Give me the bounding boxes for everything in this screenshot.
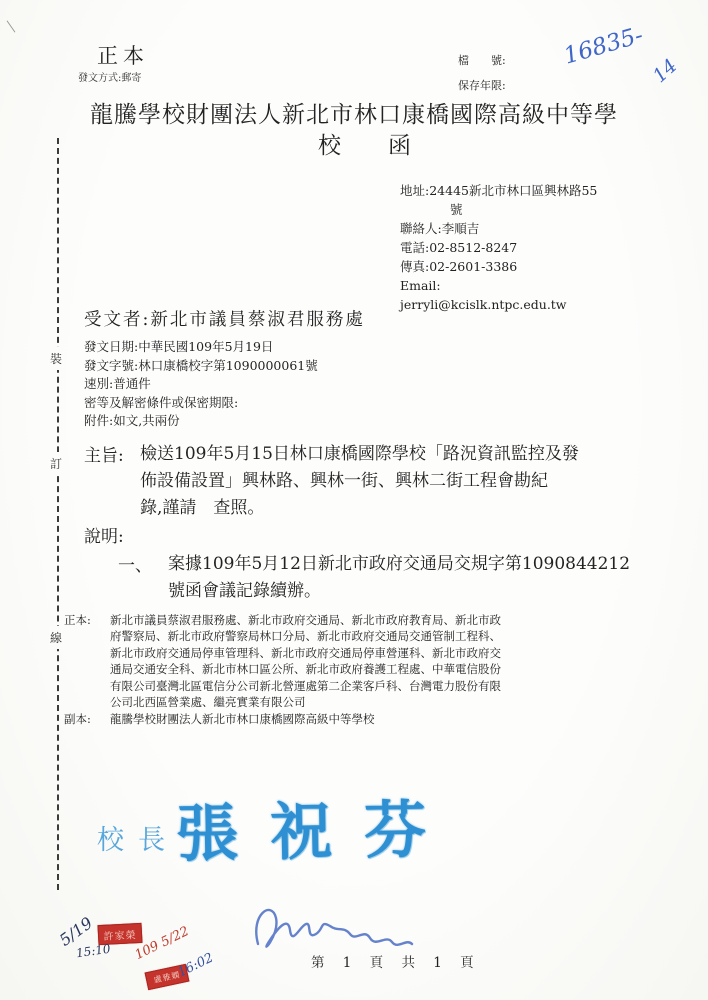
binding-mark-zhuang: 裝 [49, 347, 63, 370]
subject-label: 主旨: [84, 441, 124, 466]
subject-line3: 錄,謹請 查照。 [140, 495, 579, 522]
carbon-copy-label: 副本: [64, 711, 91, 727]
sender-fax: 傳真:02-2601-3386 [400, 257, 597, 276]
explanation-item-text: 案據109年5月12日新北市政府交通局交規字第1090844212 號函會議記錄… [168, 551, 630, 605]
explanation-item-number: 一、 [118, 551, 152, 576]
carbon-copy-text: 龍騰學校財團法人新北市林口康橋國際高級中等學校 [110, 711, 375, 727]
principal-name-stamp: 張祝芬 [175, 780, 459, 874]
document-title-line1: 龍騰學校財團法人新北市林口康橋國際高級中等學 [0, 96, 708, 129]
delivery-method-label: 發文方式:郵寄 [78, 69, 141, 84]
issue-number: 發文字號:林口康橋校字第1090000061號 [84, 357, 318, 376]
binding-dashed-line [57, 138, 59, 890]
sender-address-line2: 號 [400, 200, 597, 219]
page-number-indicator: 第 1 頁 共 1 頁 [311, 951, 481, 971]
sender-phone: 電話:02-8512-8247 [400, 238, 597, 257]
retention-period-label: 保存年限: [458, 77, 506, 93]
explanation-label: 說明: [84, 522, 124, 547]
file-number-label: 檔 號: [458, 52, 506, 68]
copy-type-label: 正本 [97, 40, 149, 70]
sender-contact-person: 聯絡人:李順吉 [400, 219, 597, 238]
document-meta-block: 發文日期:中華民國109年5月19日 發文字號:林口康橋校字第109000006… [84, 338, 318, 431]
attachment-note: 附件:如文,共兩份 [84, 412, 318, 431]
original-copy-line: 新北市議員蔡淑君服務處、新北市政府交通局、新北市政府教育局、新北市政 [110, 612, 501, 628]
handwritten-file-number: 16835- [561, 22, 646, 69]
subject-text: 檢送109年5月15日林口康橋國際學校「路況資訊監控及發 佈設備設置」興林路、興… [140, 441, 579, 522]
sender-email: jerryli@kcislk.ntpc.edu.tw [400, 295, 597, 314]
subject-line2: 佈設備設置」興林路、興林一街、興林二街工程會勘紀 [140, 468, 579, 495]
scan-artifact-mark [7, 20, 16, 32]
original-copy-line: 新北市政府交通局停車管理科、新北市政府交通局停車營運科、新北市政府交 [110, 645, 501, 661]
original-copy-list: 新北市議員蔡淑君服務處、新北市政府交通局、新北市政府教育局、新北市政 府警察局、… [110, 612, 501, 710]
handwritten-file-number-suffix: 14 [649, 55, 682, 88]
sender-contact-block: 地址:24445新北市林口區興林路55 號 聯絡人:李順吉 電話:02-8512… [400, 181, 597, 314]
binding-mark-ding: 訂 [49, 452, 63, 475]
document-title-line2: 校 函 [318, 127, 423, 160]
explanation-item-line2: 號函會議記錄續辦。 [168, 578, 630, 605]
security-class: 密等及解密條件或保密期限: [84, 394, 318, 413]
original-copy-list-label: 正本: [64, 612, 91, 628]
handwritten-receipt-time-mid: 16:02 [176, 951, 216, 981]
original-copy-line: 府警察局、新北市政府警察局林口分局、新北市政府交通局交通管制工程科、 [110, 628, 501, 644]
recipient-line: 受文者:新北市議員蔡淑君服務處 [84, 306, 365, 331]
sender-address-line1: 地址:24445新北市林口區興林路55 [400, 181, 597, 200]
issue-date: 發文日期:中華民國109年5月19日 [84, 338, 318, 357]
principal-title-stamp: 校長 [97, 818, 179, 857]
handwritten-receipt-time-left: 15:10 [75, 942, 111, 961]
sender-email-label: Email: [400, 276, 597, 295]
speed-class: 速別:普通件 [84, 375, 318, 394]
explanation-item-line1: 案據109年5月12日新北市政府交通局交規字第1090844212 [168, 551, 630, 578]
original-copy-line: 通局交通安全科、新北市林口區公所、新北市政府養護工程處、中華電信股份 [110, 661, 501, 677]
original-copy-line: 公司北西區營業處、繼亮實業有限公司 [110, 694, 501, 710]
original-copy-line: 有限公司臺灣北區電信分公司新北營運處第二企業客戶科、台灣電力股份有限 [110, 678, 501, 694]
binding-mark-xian: 線 [49, 626, 63, 649]
scanned-official-letter: 正本 發文方式:郵寄 檔 號: 保存年限: 16835- 14 龍騰學校財團法人… [0, 0, 708, 1000]
subject-line1: 檢送109年5月15日林口康橋國際學校「路況資訊監控及發 [140, 441, 579, 468]
